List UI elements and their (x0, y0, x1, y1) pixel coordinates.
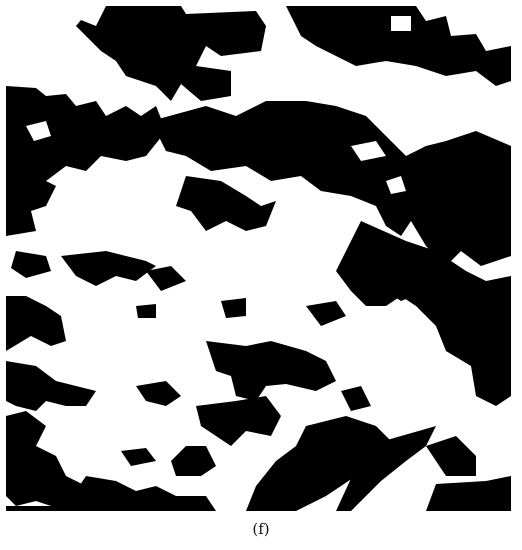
mask-svg (6, 6, 516, 517)
figure-caption: (f) (0, 520, 522, 538)
segmentation-mask-image (6, 6, 516, 517)
